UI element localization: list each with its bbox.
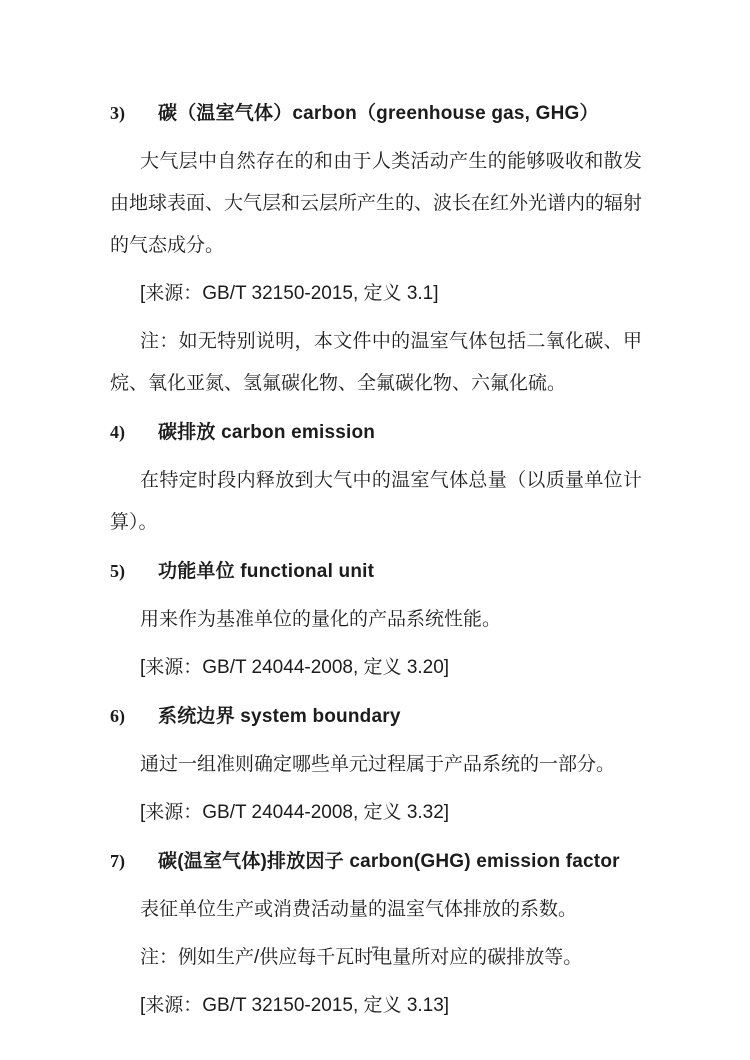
term-heading: 碳（温室气体）carbon（greenhouse gas, GHG） bbox=[158, 93, 599, 135]
term-heading: 碳排放 carbon emission bbox=[158, 412, 375, 454]
definition-body: 表征单位生产或消费活动量的温室气体排放的系数。 bbox=[110, 889, 642, 931]
definition-body: 在特定时段内释放到大气中的温室气体总量（以质量单位计算）。 bbox=[110, 460, 642, 544]
document-content: 3) 碳（温室气体）carbon（greenhouse gas, GHG） 大气… bbox=[110, 92, 642, 1033]
term-heading: 功能单位 functional unit bbox=[158, 551, 374, 593]
item-number: 6) bbox=[110, 695, 158, 737]
definition-body: 通过一组准则确定哪些单元过程属于产品系统的一部分。 bbox=[110, 744, 642, 786]
definition-heading: 7) 碳(温室气体)排放因子 carbon(GHG) emission fact… bbox=[110, 840, 642, 883]
source-reference: [来源：GB/T 32150-2015, 定义 3.1] bbox=[110, 273, 642, 315]
definition-item: 4) 碳排放 carbon emission 在特定时段内释放到大气中的温室气体… bbox=[110, 411, 642, 544]
definition-item: 6) 系统边界 system boundary 通过一组准则确定哪些单元过程属于… bbox=[110, 695, 642, 834]
source-reference: [来源：GB/T 24044-2008, 定义 3.32] bbox=[110, 792, 642, 834]
source-reference: [来源：GB/T 24044-2008, 定义 3.20] bbox=[110, 647, 642, 689]
definition-item: 5) 功能单位 functional unit 用来作为基准单位的量化的产品系统… bbox=[110, 550, 642, 689]
definition-heading: 5) 功能单位 functional unit bbox=[110, 550, 642, 593]
note-text: 注：如无特别说明，本文件中的温室气体包括二氧化碳、甲烷、氧化亚氮、氢氟碳化物、全… bbox=[110, 321, 642, 405]
item-number: 3) bbox=[110, 92, 158, 134]
page-number: 7 bbox=[0, 944, 750, 961]
term-heading: 碳(温室气体)排放因子 carbon(GHG) emission factor bbox=[158, 841, 620, 883]
definition-body: 用来作为基准单位的量化的产品系统性能。 bbox=[110, 599, 642, 641]
item-number: 4) bbox=[110, 411, 158, 453]
item-number: 5) bbox=[110, 550, 158, 592]
document-page: 3) 碳（温室气体）carbon（greenhouse gas, GHG） 大气… bbox=[0, 0, 750, 1060]
definition-heading: 3) 碳（温室气体）carbon（greenhouse gas, GHG） bbox=[110, 92, 642, 135]
definition-item: 3) 碳（温室气体）carbon（greenhouse gas, GHG） 大气… bbox=[110, 92, 642, 405]
item-number: 7) bbox=[110, 840, 158, 882]
definition-item: 7) 碳(温室气体)排放因子 carbon(GHG) emission fact… bbox=[110, 840, 642, 1027]
term-heading: 系统边界 system boundary bbox=[158, 696, 401, 738]
definition-heading: 6) 系统边界 system boundary bbox=[110, 695, 642, 738]
definition-body: 大气层中自然存在的和由于人类活动产生的能够吸收和散发由地球表面、大气层和云层所产… bbox=[110, 141, 642, 267]
definition-heading: 4) 碳排放 carbon emission bbox=[110, 411, 642, 454]
source-reference: [来源：GB/T 32150-2015, 定义 3.13] bbox=[110, 985, 642, 1027]
